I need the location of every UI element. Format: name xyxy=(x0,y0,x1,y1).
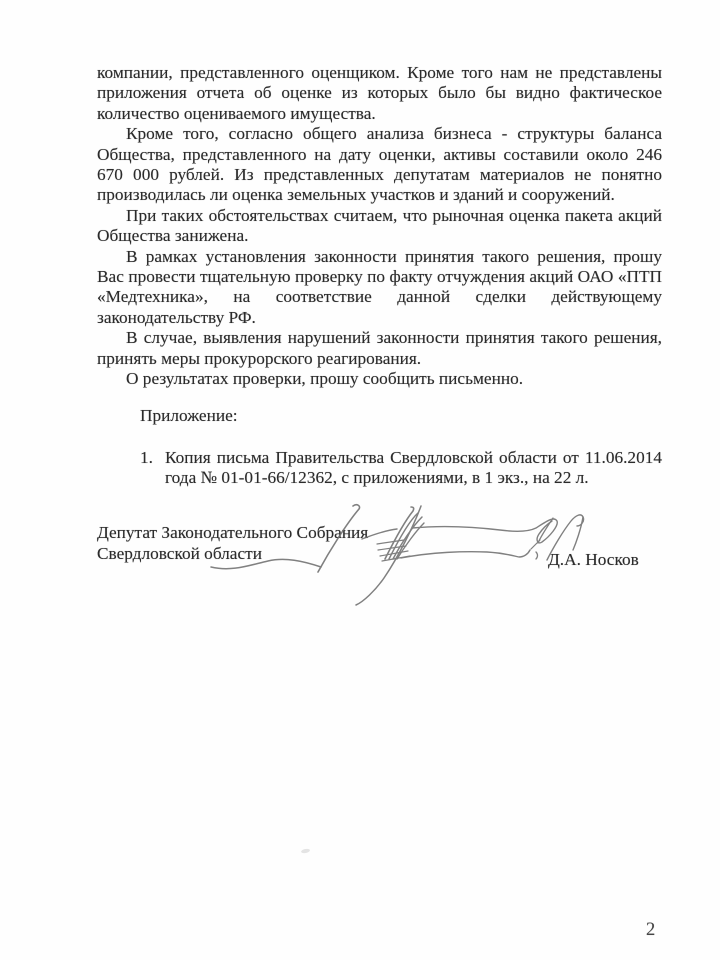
attachment-item-text: Копия письма Правительства Свердловской … xyxy=(165,448,662,489)
paragraph: В рамках установления законности приняти… xyxy=(97,247,662,329)
attachment-item: 1. Копия письма Правительства Свердловск… xyxy=(97,448,662,489)
paragraph: Кроме того, согласно общего анализа бизн… xyxy=(97,124,662,206)
attachment-item-number: 1. xyxy=(140,448,165,468)
paragraph: При таких обстоятельствах считаем, что р… xyxy=(97,206,662,247)
page-number: 2 xyxy=(646,920,655,941)
paragraph: В случае, выявления нарушений законности… xyxy=(97,328,662,369)
signatory-position-line-1: Депутат Законодательного Собрания xyxy=(97,522,662,543)
paragraph: компании, представленного оценщиком. Кро… xyxy=(97,63,662,124)
letter-body: компании, представленного оценщиком. Кро… xyxy=(97,63,662,617)
signatory-name: Д.А. Носков xyxy=(548,549,639,570)
paragraph: О результатах проверки, прошу сообщить п… xyxy=(97,369,662,389)
signature-block: Депутат Законодательного Собрания Свердл… xyxy=(97,522,662,617)
scanned-letter-page: компании, представленного оценщиком. Кро… xyxy=(0,0,720,960)
scan-speck xyxy=(301,848,311,854)
attachment-heading: Приложение: xyxy=(97,406,662,426)
